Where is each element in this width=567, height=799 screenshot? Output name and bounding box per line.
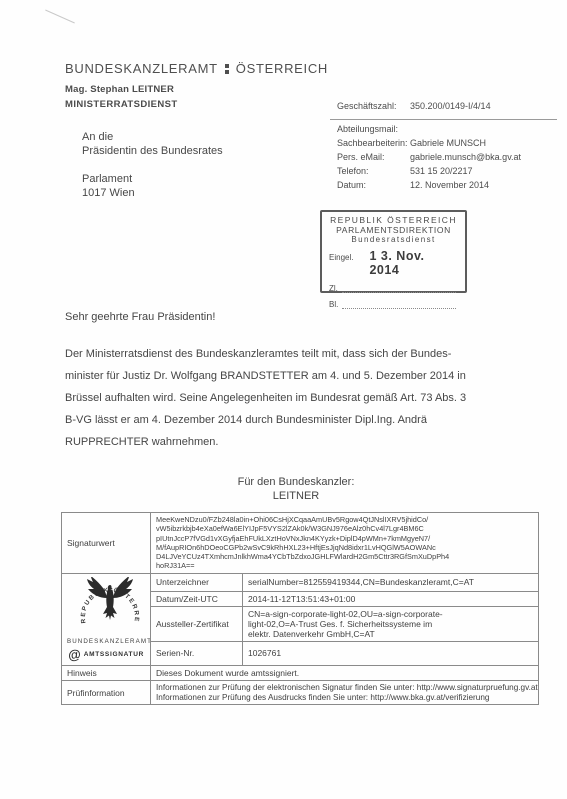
pruefinformation-value: Informationen zur Prüfung der elektronis… (151, 680, 539, 705)
body-line: RUPPRECHTER wahrnehmen. (65, 431, 537, 453)
pruef-line: Informationen zur Prüfung der elektronis… (156, 683, 533, 693)
meta-value: Gabriele MUNSCH (410, 138, 486, 148)
stamp-bl-label: Bl. (329, 300, 338, 309)
seal-org-label: BUNDESKANZLERAMT (67, 638, 145, 645)
stamp-zl-row: Zl. (322, 284, 465, 293)
stamp-direction-line: PARLAMENTSDIREKTION (322, 225, 465, 235)
meta-value: gabriele.munsch@bka.gv.at (410, 152, 521, 162)
serien-label: Serien-Nr. (151, 641, 243, 665)
meta-row: Pers. eMail: gabriele.munsch@bka.gv.at (337, 150, 521, 164)
logo-squares-icon (225, 64, 229, 74)
dotted-line (342, 300, 456, 309)
aussteller-line: CN=a-sign-corporate-light-02,OU=a-sign-c… (248, 609, 533, 619)
stamp-zl-label: Zl. (329, 284, 338, 293)
meta-value: 12. November 2014 (410, 180, 489, 190)
datum-label: Datum/Zeit-UTC (151, 591, 243, 606)
logo-country-text: ÖSTERREICH (236, 61, 328, 76)
amtssignatur-label: AMTSSIGNATUR (84, 651, 144, 658)
meta-row: Sachbearbeiterin: Gabriele MUNSCH (337, 136, 521, 150)
stamp-received-date: 1 3. Nov. 2014 (369, 249, 458, 277)
meta-block: Abteilungsmail: Sachbearbeiterin: Gabrie… (337, 122, 521, 192)
body-paragraph: Der Ministerratsdienst des Bundeskanzler… (65, 343, 537, 453)
closing-signer: LEITNER (186, 489, 406, 503)
meta-row: Datum: 12. November 2014 (337, 178, 521, 192)
reference-value: 350.200/0149-I/4/14 (410, 101, 491, 111)
dotted-line (342, 284, 456, 293)
body-line: Brüssel aufhalten wird. Seine Angelegenh… (65, 387, 537, 409)
aussteller-label: Aussteller-Zertifikat (151, 606, 243, 641)
meta-row: Telefon: 531 15 20/2217 (337, 164, 521, 178)
meta-row: Abteilungsmail: (337, 122, 521, 136)
reference-row: Geschäftszahl: 350.200/0149-I/4/14 (337, 101, 491, 111)
meta-label: Telefon: (337, 166, 410, 176)
hinweis-label: Hinweis (62, 665, 151, 680)
reference-label: Geschäftszahl: (337, 101, 410, 111)
recipient-line: An die (82, 130, 223, 144)
author-name: Mag. Stephan LEITNER (65, 84, 174, 95)
signature-table: Signaturwert MeeKweNDzu0/FZb248la0in+Ohi… (61, 512, 539, 705)
stamp-bl-row: Bl. (322, 300, 465, 309)
aussteller-line: elektr. Datenverkehr GmbH,C=AT (248, 629, 533, 639)
recipient-line: Parlament (82, 172, 223, 186)
closing-line: Für den Bundeskanzler: (186, 475, 406, 489)
seal-emblem: REPUBLIK ÖSTERREICH (67, 577, 151, 635)
meta-label: Abteilungsmail: (337, 124, 410, 134)
signaturwert-line: M/fAupRIOn6hDOeoCGPb2wSvC9kRhHXL23+HftjE… (156, 543, 533, 552)
recipient-line: 1017 Wien (82, 186, 223, 200)
atrust-icon: @ (67, 646, 82, 663)
meta-value: 531 15 20/2217 (410, 166, 473, 176)
body-line: Der Ministerratsdienst des Bundeskanzler… (65, 343, 537, 365)
signaturwert-label: Signaturwert (62, 513, 151, 574)
logo-org-text: BUNDESKANZLERAMT (65, 61, 218, 76)
unterzeichner-label: Unterzeichner (151, 573, 243, 591)
letter-page: BUNDESKANZLERAMT ÖSTERREICH Mag. Stephan… (0, 0, 567, 799)
pruef-line: Informationen zur Prüfung des Ausdrucks … (156, 693, 533, 703)
recipient-line: Präsidentin des Bundesrates (82, 144, 223, 158)
pruefinformation-label: Prüfinformation (62, 680, 151, 705)
body-line: minister für Justiz Dr. Wolfgang BRANDST… (65, 365, 537, 387)
signaturwert-line: D4LJVeYCUz4TXmhcmJnlkhWma4YCbTbZdxoJGHLF… (156, 552, 533, 561)
aussteller-line: light-02,O=A-Trust Ges. f. Sicherheitssy… (248, 619, 533, 629)
stamp-org-line: REPUBLIK ÖSTERREICH (322, 215, 465, 225)
stamp-received-label: Eingel. (329, 253, 353, 262)
body-line: B-VG lässt er am 4. Dezember 2014 durch … (65, 409, 537, 431)
serien-value: 1026761 (243, 641, 539, 665)
signaturwert-line: hoRJ31A== (156, 561, 533, 570)
meta-label: Datum: (337, 180, 410, 190)
meta-divider (330, 119, 557, 120)
received-stamp: REPUBLIK ÖSTERREICH PARLAMENTSDIREKTION … (320, 210, 467, 293)
aussteller-value: CN=a-sign-corporate-light-02,OU=a-sign-c… (243, 606, 539, 641)
official-seal: REPUBLIK ÖSTERREICH BUNDESKANZLERAMT @ A… (62, 573, 151, 665)
org-logo: BUNDESKANZLERAMT ÖSTERREICH (65, 61, 328, 76)
department-name: MINISTERRATSDIENST (65, 99, 178, 110)
scan-artifact (45, 10, 75, 24)
unterzeichner-value: serialNumber=812559419344,CN=Bundeskanzl… (243, 573, 539, 591)
stamp-received-row: Eingel. 1 3. Nov. 2014 (322, 249, 465, 277)
meta-label: Sachbearbeiterin: (337, 138, 410, 148)
signaturwert-line: MeeKweNDzu0/FZb248la0in+Ohi06CsHjXCqaaAm… (156, 515, 533, 524)
recipient-spacer (82, 158, 223, 172)
signaturwert-line: pIUtnJccP7fVGd1vXGyfjaEhFUkLXztHoVNxJkn4… (156, 534, 533, 543)
hinweis-value: Dieses Dokument wurde amtssigniert. (151, 665, 539, 680)
amtssignatur-row: @ AMTSSIGNATUR (67, 647, 145, 662)
closing-block: Für den Bundeskanzler: LEITNER (186, 475, 406, 503)
datum-value: 2014-11-12T13:51:43+01:00 (243, 591, 539, 606)
recipient-block: An die Präsidentin des Bundesrates Parla… (82, 130, 223, 200)
stamp-service-line: Bundesratsdienst (322, 235, 465, 244)
salutation: Sehr geehrte Frau Präsidentin! (65, 311, 215, 323)
signaturwert-line: vW5ibzrkbjb4eXa0efWa6ElYIJpF5VYS2lZAk0k/… (156, 524, 533, 533)
meta-label: Pers. eMail: (337, 152, 410, 162)
signaturwert-value: MeeKweNDzu0/FZb248la0in+Ohi06CsHjXCqaaAm… (151, 513, 539, 574)
